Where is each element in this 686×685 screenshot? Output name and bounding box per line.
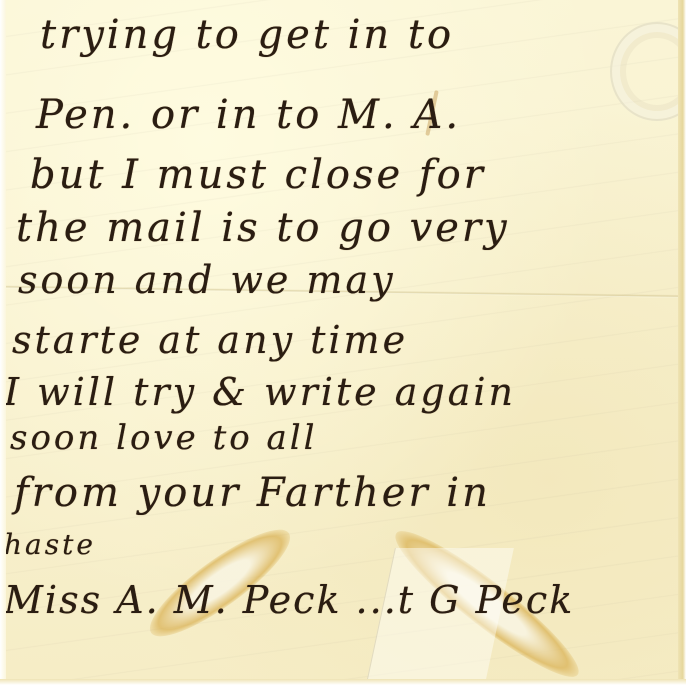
handwritten-line-4: the mail is to go very: [16, 205, 510, 251]
handwritten-line-6: starte at any time: [12, 318, 408, 362]
handwritten-line-3: but I must close for: [30, 152, 486, 198]
paper-edge-bottom: [0, 679, 686, 685]
letter-body: trying to get in to Pen. or in to M. A. …: [0, 0, 686, 685]
handwritten-line-8: soon love to all: [10, 418, 318, 458]
handwritten-line-1: trying to get in to: [40, 12, 454, 58]
handwritten-line-9: from your Farther in: [14, 470, 491, 516]
paper-edge-left: [0, 0, 6, 685]
paper-edge-right: [678, 0, 686, 685]
handwritten-line-5: soon and we may: [18, 258, 396, 302]
signature-line: Miss A. M. Peck ...t G Peck: [4, 578, 574, 622]
handwritten-line-7: I will try & write again: [4, 370, 516, 414]
handwritten-line-2: Pen. or in to M. A.: [36, 92, 461, 138]
handwritten-line-10: haste: [4, 528, 96, 561]
letter-page: trying to get in to Pen. or in to M. A. …: [0, 0, 686, 685]
